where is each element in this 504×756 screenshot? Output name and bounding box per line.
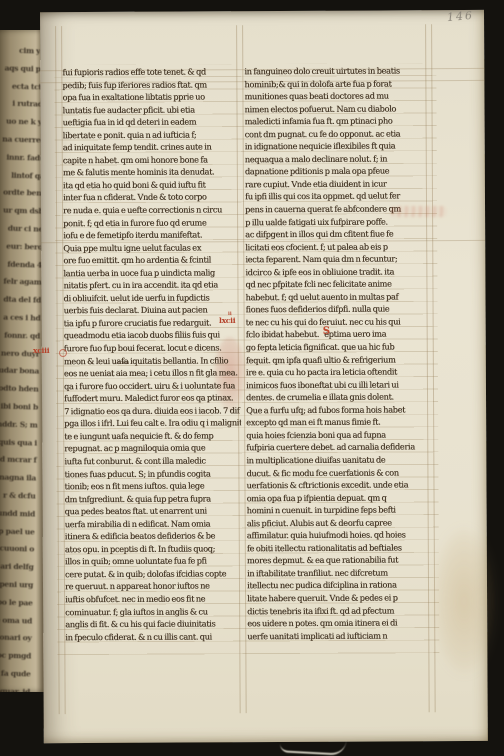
previous-page-text-fragment: r fa qude xyxy=(0,664,36,683)
manuscript-text-line: ad iniquitate femp tendit. crines aute i… xyxy=(63,140,240,153)
manuscript-text-line: qa i furore fuo occidert. uiru & i uolun… xyxy=(64,379,241,392)
previous-page-text-fragment: lonari oy xyxy=(0,628,37,647)
text-column-left: fui fupioris radios effe tote tenet. & q… xyxy=(62,65,242,643)
manuscript-text-line: fu ipfi illis qui cos ita oppmet. qd uel… xyxy=(245,190,422,203)
manuscript-text-line: ducut. & fic modu fce cuerfationis & con xyxy=(246,466,423,479)
manuscript-text-line: affimilatur. quia huiufmodi hoies. qd ho… xyxy=(247,528,424,541)
manuscript-text-line: dm tnfgrediunt. & quia fup petra fupra xyxy=(65,492,242,505)
manuscript-text-line: te nec cu his qui do feruiut. nec cu his… xyxy=(246,315,423,328)
manuscript-text-line: hominib;& qui in dolofa arte fua p forat xyxy=(244,77,421,90)
previous-page-text-fragment: i rutradr xyxy=(1,95,46,114)
previous-page-text-fragment: ur qm dsb xyxy=(0,202,46,221)
manuscript-text-line: atos opu. in pceptis di ft. In ftudiis q… xyxy=(65,542,242,555)
manuscript-text-line: ire e. quia cu ho pacta ira leticia ofte… xyxy=(246,365,423,378)
manuscript-text-line: iecta feparent. Nam quia dm n fecuntur; xyxy=(245,252,422,265)
rubric-initial: S xyxy=(323,326,330,338)
manuscript-text-line: me & falutis mente hominis ita denudat. xyxy=(63,166,240,179)
manuscript-text-line: fe obiti itellectu rationalitatis ad bef… xyxy=(247,541,424,554)
manuscript-text-line: cont dm pugnat. cu fe do opponut. ac eti… xyxy=(245,127,422,140)
manuscript-text-line: re nuda e. quia e uefte correctionis n c… xyxy=(63,203,240,216)
previous-page-text-fragment: na cuerred xyxy=(0,130,46,149)
manuscript-text-line: in iftabilitate tranfiliut. nec difcretu… xyxy=(247,566,424,579)
intercolumn-chapter-number: ii lxcii xyxy=(219,316,235,325)
manuscript-text-line: uerfa mirabilia di n edificat. Nam omia xyxy=(65,517,242,530)
manuscript-text-line: omia opa fua p ifpientia depuat. qm q xyxy=(247,491,424,504)
manuscript-text-line: mores depmut. & ea que rationabilia fut xyxy=(247,554,424,567)
manuscript-text-line: dapnatione pditionis p mala opa pfeue xyxy=(245,165,422,178)
manuscript-text-line: uerfationis & cftrictionis excedit. unde… xyxy=(246,478,423,491)
manuscript-text-line: munitiones quas beati doctores ad mu xyxy=(244,89,421,102)
manuscript-text-line: fufpiria cuertere debet. ad carnalia def… xyxy=(246,441,423,454)
previous-page-text-fragment: fdenda 4 xyxy=(0,255,46,274)
manuscript-text-line: in fpeculo cfiderat. & n cu illis cant. … xyxy=(65,630,242,643)
previous-page-text-fragment: cuuoni o xyxy=(0,540,39,559)
manuscript-text-line: anglis di fit. & cu his qui facie diuini… xyxy=(65,617,242,630)
manuscript-text-line: rare cupiut. Vnde etia diuident in icur xyxy=(245,177,422,190)
previous-page-text-fragment: e oma ud xyxy=(0,611,37,630)
manuscript-text-line: nitatis pfert. cu in ira accendit. ita q… xyxy=(63,279,240,292)
manuscript-text-line: queadmodu etia iacob duobs filiis fuis q… xyxy=(64,329,241,342)
previous-page-text-fragment: felr agam xyxy=(0,273,46,292)
bookmark-thread xyxy=(280,737,347,755)
manuscript-text-line: in fanguineo dolo creuit uirtutes in bea… xyxy=(244,64,421,77)
intercolumn-superscript: ii xyxy=(228,311,232,317)
manuscript-scan: cim ymaqs qui pylecta tctni rutradruo ne… xyxy=(0,0,504,756)
manuscript-text-line: lantia uerba in uoce fua p uindicta mali… xyxy=(63,266,240,279)
manuscript-text-line: uerfe uanitati implicati ad iufticiam n xyxy=(247,629,424,642)
manuscript-text-line: re queruut. n appareat honor iuftos ne xyxy=(65,580,242,593)
manuscript-text-line: tionib; eos n fit mens iuftos. quia lege xyxy=(64,479,241,492)
manuscript-text-line: meon & leui uafa iquitatis bellantia. In… xyxy=(64,354,241,367)
manuscript-text-line: idcirco & ipfe eos in obliuione tradit. … xyxy=(245,265,422,278)
manuscript-text-line: pedib; fuis fup iferiores radios ftat. q… xyxy=(62,78,239,91)
previous-page-text-fragment: fonnr. qd xyxy=(0,326,45,345)
manuscript-text-line: capite n habet. qm omi honore bone fa xyxy=(63,153,240,166)
manuscript-text-line: te e iungunt uafa nequicie ft. & do femp xyxy=(64,429,241,442)
manuscript-text-line: fuffodert muru. Maledict furor eos qa pt… xyxy=(64,391,241,404)
previous-page-text-fragment: dta del fd xyxy=(0,290,46,309)
manuscript-text-line: qua pedes beatos ftat. ut enarrent uni xyxy=(65,504,242,517)
manuscript-text-line: libertate e ponit. quia n ad iufticia f; xyxy=(63,128,240,141)
previous-page-text: cim ymaqs qui pylecta tctni rutradruo ne… xyxy=(0,41,46,692)
faded-red-marginalia xyxy=(391,206,447,217)
interlinear-correction: mea xyxy=(118,360,129,366)
manuscript-text-line: dentes. de crumelia e illata gnis dolent… xyxy=(246,390,423,403)
gutter-chapter-number: xciii xyxy=(33,346,49,355)
manuscript-text-line: luntatis fue audacter pficit. ubi etia xyxy=(62,103,239,116)
manuscript-text-line: inter fua n cfiderat. Vnde & toto corpo xyxy=(63,191,240,204)
manuscript-text-line: fequit. qm ipfa quafi ultio & refrigeriu… xyxy=(246,353,423,366)
manuscript-text-line: cere putat. & in quib; dolofas ifcidias … xyxy=(65,567,242,580)
previous-page-text-fragment: uo ne k ys xyxy=(1,113,46,132)
manuscript-text-line: opa fua in exaltatione libtatis pprie uo xyxy=(62,90,239,103)
manuscript-text-line: in idignatione nequicie iflexibiles ft q… xyxy=(245,140,422,153)
manuscript-text-line: ponit. f; qd etia in furore fuo qd erume xyxy=(63,216,240,229)
previous-page-text-fragment: npeni urg xyxy=(0,575,38,594)
previous-page-text-fragment: quis qua i xyxy=(0,433,42,452)
folio-number: 146 xyxy=(446,9,474,24)
manuscript-text-line: illos in quib; omne uoluntate fua fe pfi xyxy=(65,555,242,568)
previous-page-text-fragment: ecta tctn xyxy=(2,77,46,96)
manuscript-text-line: qd nec pfpitate fcli nec felicitate anim… xyxy=(245,278,422,291)
paraph-mark xyxy=(59,349,67,357)
manuscript-text-line: iuftis obfufcet. nec in medio eos fit ne xyxy=(65,592,242,605)
previous-page-text-fragment: dur ci ne xyxy=(0,219,46,238)
manuscript-text-line: quia hoies fcienzia boni qua ad fupna xyxy=(246,428,423,441)
previous-page-text-fragment: mddr. S; m xyxy=(0,415,43,434)
manuscript-text-line: ac difpgent in illos qui dm cfitent fiue… xyxy=(245,227,422,240)
previous-page-text-fragment: ibi boni b xyxy=(0,397,43,416)
previous-page-text-fragment: innr. fadu xyxy=(0,148,46,167)
manuscript-text-line: tia ipfu p furore cruciatis fue redargui… xyxy=(64,316,241,329)
intercolumn-number-text: lxcii xyxy=(219,316,235,325)
previous-page-text-fragment: ordte beni xyxy=(0,184,46,203)
previous-page-text-fragment: d mcrar f xyxy=(0,451,42,470)
previous-page-text-fragment: ip pael ue xyxy=(0,522,40,541)
manuscript-text-line: inimicos fuos iboneftat ubi cu illi leta… xyxy=(246,378,423,391)
manuscript-text-line: uerbis fuis declarat. Diuina aut pacien xyxy=(64,304,241,317)
manuscript-text-line: maledicti infamia fua ft. qm ptinaci pho xyxy=(245,114,422,127)
manuscript-text-line: repugnat. ac p magniloquia omia que xyxy=(64,442,241,455)
manuscript-text-line: excepto qd man ei ft manus fimie ft. xyxy=(246,416,423,429)
manuscript-text-line: tiones fuas pducut. S; in pfundis cogita xyxy=(64,467,241,480)
manuscript-text-line: ita qd etia ho quid boni & quid iuftu fi… xyxy=(63,178,240,191)
previous-page-text-fragment: eur: bero xyxy=(0,237,46,256)
previous-page-text-fragment: ludar bona xyxy=(0,362,44,381)
manuscript-page: fui fupioris radios effe tote tenet. & q… xyxy=(40,10,488,743)
text-column-right: in fanguineo dolo creuit uirtutes in bea… xyxy=(244,64,424,642)
manuscript-text-line: 7 idignatio eos qa dura. diuida eos i ia… xyxy=(64,404,241,417)
parchment-stain xyxy=(433,528,496,674)
manuscript-text-line: Que a furfu ufq; ad fubos forma hois hab… xyxy=(246,403,423,416)
manuscript-text-line: litate habere queruit. Vnde & pedes ei p xyxy=(247,591,424,604)
manuscript-text-line: ueftigia fua in id qd deteri in eadem xyxy=(63,115,240,128)
previous-page-text-fragment: ari delfg xyxy=(0,557,39,576)
manuscript-text-line: homini n cuenuit. in turpidine feps beft… xyxy=(247,503,424,516)
previous-page-text-fragment: a ces i hd xyxy=(0,308,46,327)
manuscript-text-line: habebut. f; qd uelut auento in multas pa… xyxy=(245,290,422,303)
previous-page-text-fragment: fequar. id xyxy=(0,682,35,692)
manuscript-text-line: itinera & edificia beatos defiderios & b… xyxy=(65,529,242,542)
manuscript-text-line: licitati eos cfocient. f; ut palea ab ei… xyxy=(245,240,422,253)
manuscript-text-line: pga illos i ifrl. Lui feu calt e. Ira od… xyxy=(64,417,241,430)
manuscript-text-line: fclo ibidat habebut. eptima uero ima xyxy=(246,328,423,341)
manuscript-text-line: go fepta leticia fignificat. que ua hic … xyxy=(246,340,423,353)
manuscript-text-line: fui fupioris radios effe tote tenet. & q… xyxy=(62,65,239,78)
manuscript-text-line: ore fuo emittit. qm ho ardentia & fcinti… xyxy=(63,253,240,266)
manuscript-text-line: iufta fut conburut. & cont illa maledic xyxy=(64,454,241,467)
manuscript-text-line: alis pficiut. Alubis aut & deorfu capree xyxy=(247,516,424,529)
manuscript-text-line: nequaqua a malo declinare nolut. f; in xyxy=(245,152,422,165)
previous-page-text-fragment: odto hden xyxy=(0,379,44,398)
previous-page-text-fragment: undd mid xyxy=(0,504,40,523)
manuscript-text-line: furore fuo fup boui fecerat. locut e dic… xyxy=(64,341,241,354)
previous-page-text-fragment: r & dcfu xyxy=(0,486,41,505)
manuscript-text-line: dictis tenebris ita ifixi ft. qd ad pfec… xyxy=(247,604,424,617)
previous-page-text-fragment: loc pmgd xyxy=(0,646,36,665)
manuscript-text-line: fiones fuos defiderios difpfi. nulla qui… xyxy=(246,303,423,316)
manuscript-text-line: cominuatur. f; gla iuftos in anglis & cu xyxy=(65,605,242,618)
manuscript-text-line: eos ne ueniat aia mea; i cetu illos n fi… xyxy=(64,366,241,379)
previous-page-edge: cim ymaqs qui pylecta tctni rutradruo ne… xyxy=(0,30,46,692)
manuscript-text-line: iofu e de femetipfo iterdu manifeftat. xyxy=(63,228,240,241)
previous-page-text-fragment: lintof qa xyxy=(0,166,46,185)
manuscript-text-line: Quia ppe multu igne uelut faculas ex xyxy=(63,241,240,254)
manuscript-text-line: itellectu nec pudica difciplina in ratio… xyxy=(247,579,424,592)
manuscript-text-line: in multiplicatione diuifas uanitatu de xyxy=(246,453,423,466)
previous-page-text-fragment: nagna ila xyxy=(0,468,41,487)
manuscript-text-line: nimen electos pofuerut. Nam cu diabolo xyxy=(244,102,421,115)
manuscript-text-line: di obliuifcit. uelut ide uerfu in fupdic… xyxy=(63,291,240,304)
manuscript-text-line: eos uidere n potes. qm omia itinera ei d… xyxy=(247,616,424,629)
previous-page-text-fragment: ibo le pae xyxy=(0,593,38,612)
